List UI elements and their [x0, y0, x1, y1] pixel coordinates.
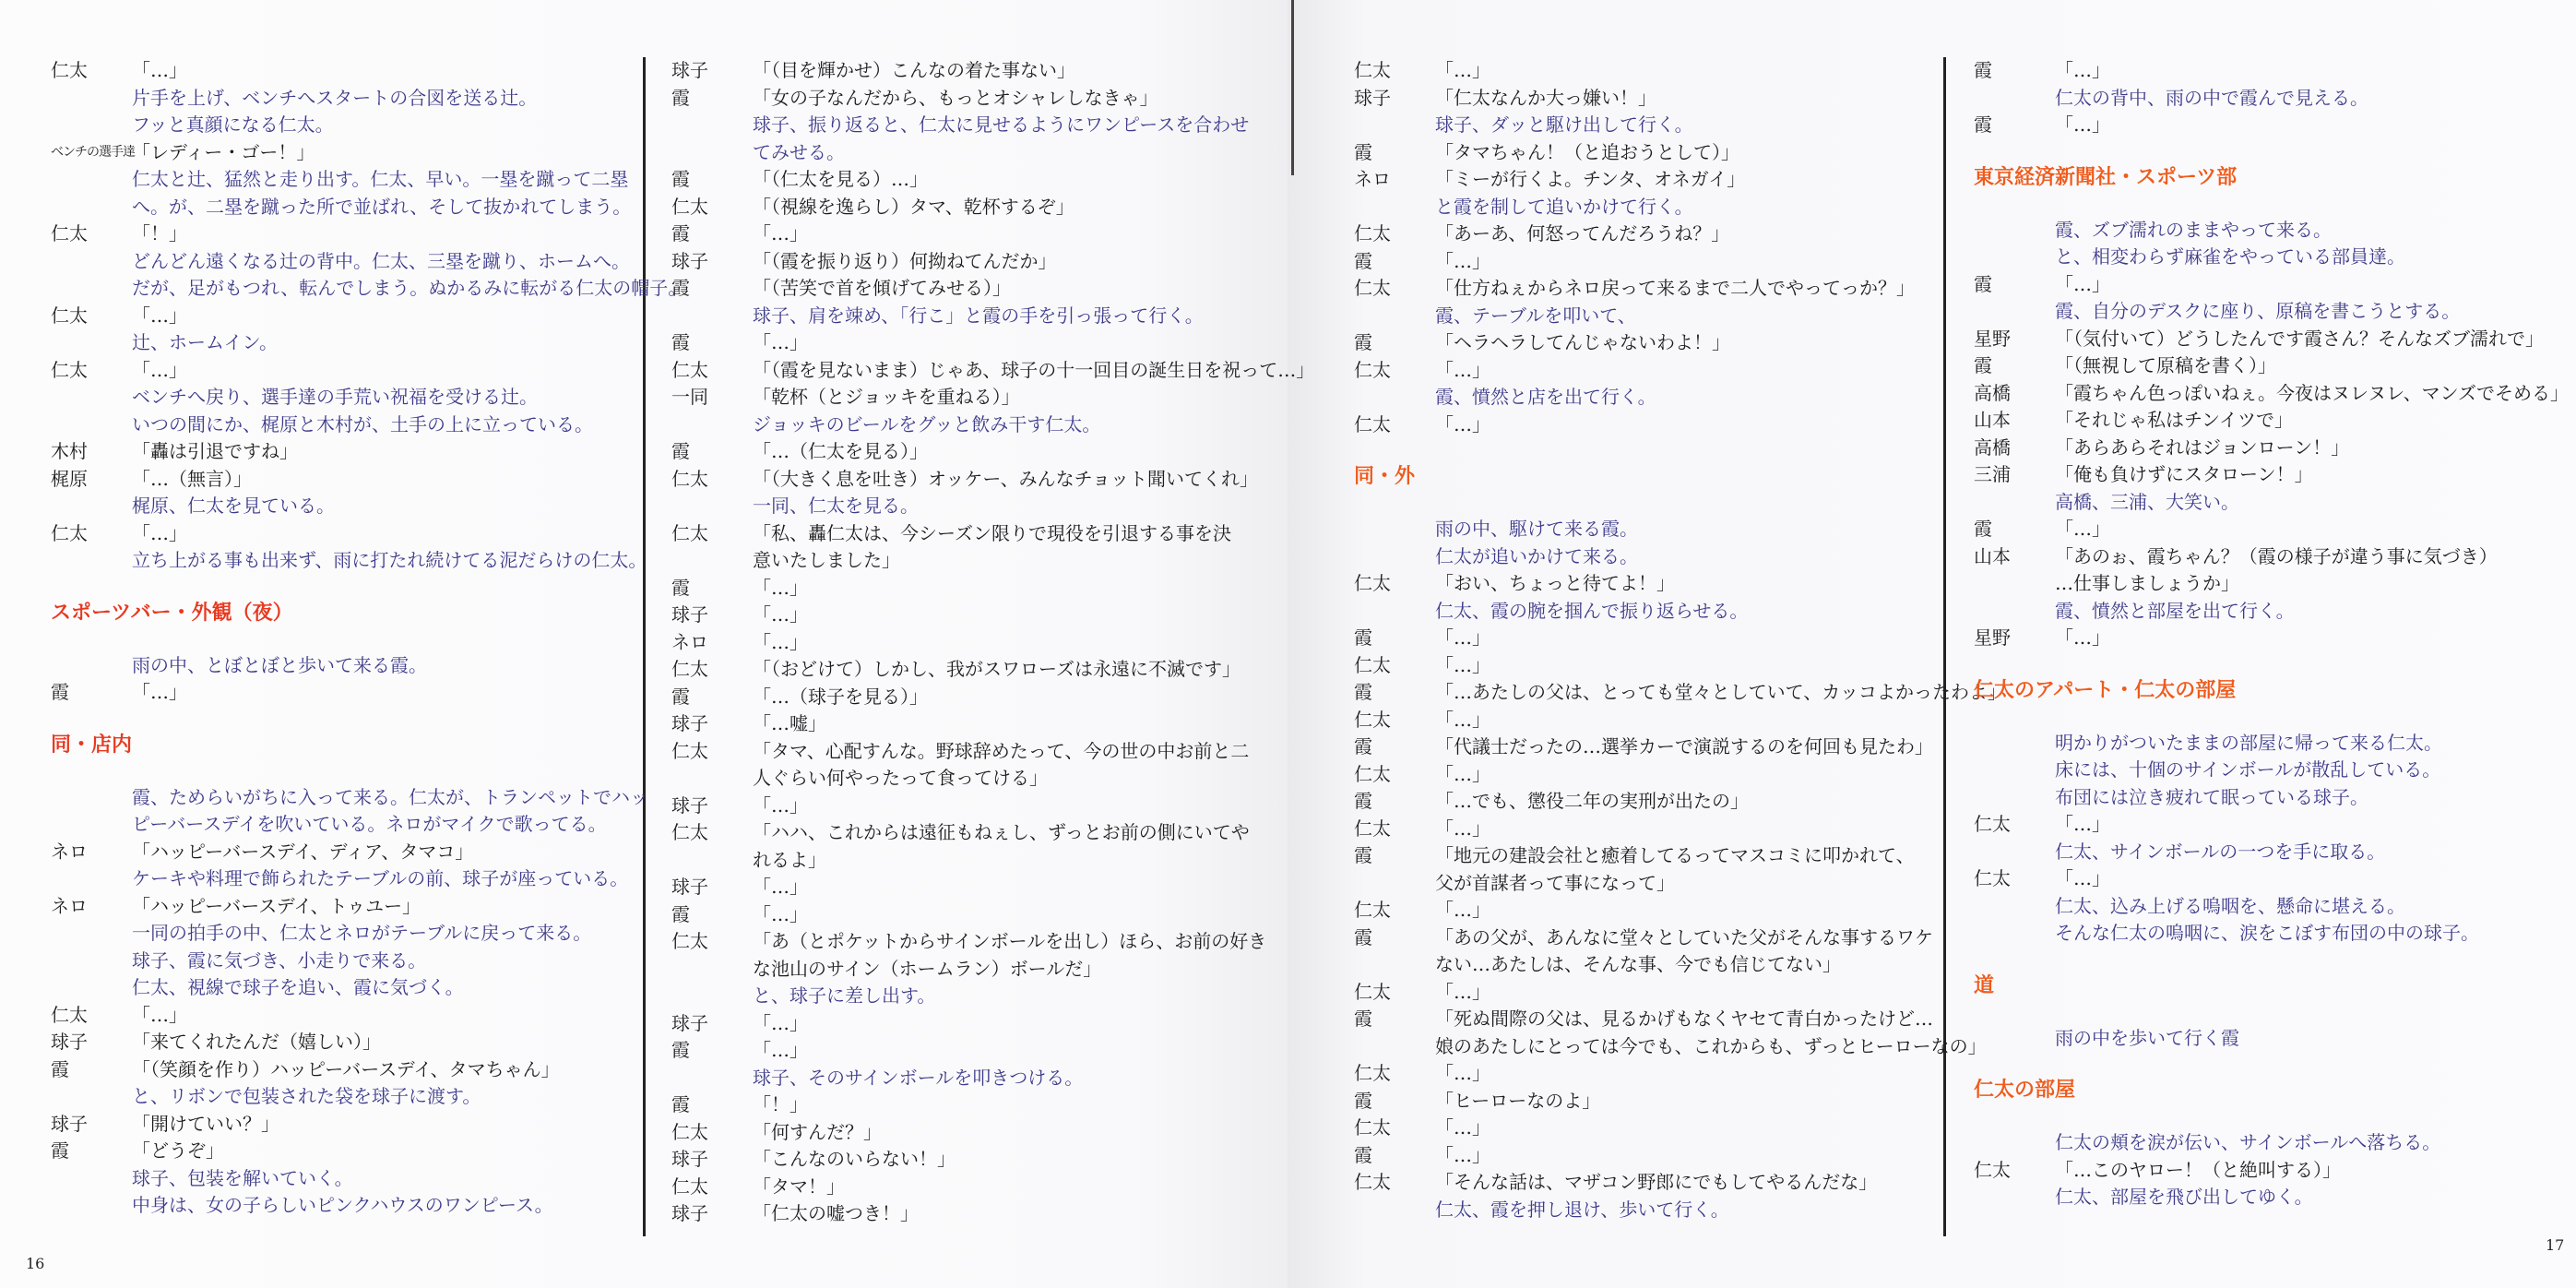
dialogue-line: ネロ「ハッピーバースデイ、ディア、タマコ」	[51, 839, 632, 866]
speaker-name: 霞	[1354, 139, 1435, 167]
speaker-name: 霞	[51, 1138, 132, 1165]
dialogue-line: 仁太「あ（とポケットからサインボールを出し）ほら、お前の好き	[671, 928, 1262, 956]
speaker-name: 仁太	[671, 656, 753, 684]
dialogue-text: 「！」	[753, 1091, 808, 1119]
speaker-name: 霞	[1354, 788, 1435, 816]
dialogue-line: 仁太「…」	[1354, 357, 1935, 385]
action-line: と、リボンで包装された袋を球子に渡す。	[51, 1083, 632, 1111]
dialogue-text: な池山のサイン（ホームラン）ボールだ」	[753, 956, 1101, 984]
dialogue-text: 「…」	[1435, 1060, 1490, 1088]
stage-direction: 仁太、サインボールの一つを手に取る。	[2055, 839, 2385, 866]
dialogue-text: 「…」	[1435, 1142, 1490, 1170]
dialogue-line: 仁太「…このヤロー！（と絶叫する）」	[1974, 1157, 2564, 1185]
action-line: ベンチへ戻り、選手達の手荒い祝福を受ける辻。	[51, 384, 632, 411]
dialogue-text: 意いたしました」	[753, 547, 900, 575]
dialogue-text: 「俺も負けずにスタローン！」	[2055, 461, 2313, 489]
dialogue-line: 仁太「…」	[1354, 652, 1935, 680]
speaker-name: 霞	[671, 684, 753, 711]
dialogue-text: 「…」	[1435, 1115, 1490, 1142]
dialogue-line: 仁太「ハハ、これからは遠征もねぇし、ずっとお前の側にいてや	[671, 819, 1262, 847]
speaker-name: 霞	[1354, 329, 1435, 357]
speaker-name: 仁太	[1354, 652, 1435, 680]
dialogue-text: 「…嘘」	[753, 710, 826, 738]
dialogue-line: 霞「女の子なんだから、もっとオシャレしなきゃ」	[671, 85, 1262, 113]
speaker-name: 木村	[51, 438, 132, 466]
dialogue-line: 娘のあたしにとっては今でも、これからも、ずっとヒーローなの」	[1354, 1033, 1935, 1061]
speaker-name: 霞	[671, 85, 753, 113]
speaker-name: ネロ	[51, 839, 132, 866]
action-line: 仁太、視線で球子を追い、霞に気づく。	[51, 974, 632, 1002]
dialogue-line: ネロ「ハッピーバースデイ、トゥユー」	[51, 893, 632, 921]
dialogue-line: 仁太「…」	[1354, 1060, 1935, 1088]
dialogue-line: 霞「死ぬ間際の父は、見るかげもなくヤセて青白かったけど…	[1354, 1006, 1935, 1033]
dialogue-text: 「ハハ、これからは遠征もねぇし、ずっとお前の側にいてや	[753, 819, 1250, 847]
stage-direction: 球子、肩を竦め、「行こ」と霞の手を引っ張って行く。	[753, 303, 1204, 330]
stage-direction: 霞、憤然と店を出て行く。	[1435, 384, 1656, 411]
stage-direction: 霞、テーブルを叩いて、	[1435, 303, 1636, 330]
speaker-name: 霞	[671, 275, 753, 303]
dialogue-text: 「…（球子を見る）」	[753, 684, 928, 711]
stage-direction: と、相変わらず麻雀をやっている部員達。	[2055, 244, 2405, 271]
dialogue-line: 霞「地元の建設会社と癒着してるってマスコミに叩かれて、	[1354, 842, 1935, 870]
speaker-name: 霞	[1354, 1088, 1435, 1115]
action-line: てみせる。	[671, 139, 1262, 167]
speaker-name: 高橋	[1974, 435, 2055, 462]
dialogue-text: ない…あたしは、そんな事、今でも信じてない」	[1435, 951, 1841, 979]
speaker-name: 仁太	[671, 357, 753, 385]
speaker-name: 球子	[51, 1029, 132, 1056]
action-line: 球子、包装を解いていく。	[51, 1165, 632, 1193]
action-line: と霞を制して追いかけて行く。	[1354, 194, 1935, 221]
dialogue-text: 「開けていい？」	[132, 1111, 279, 1139]
dialogue-line: 霞「…」	[671, 901, 1262, 929]
stage-direction: 仁太と辻、猛然と走り出す。仁太、早い。一塁を蹴って二塁	[132, 166, 628, 194]
dialogue-line: 人ぐらい何やったって食ってける」	[671, 765, 1262, 793]
dialogue-line: 霞「…」	[671, 1037, 1262, 1065]
dialogue-line: 仁太「…」	[1354, 57, 1935, 85]
dialogue-text: 「…」	[1435, 897, 1490, 924]
dialogue-line: 霞「…」	[1354, 625, 1935, 652]
stage-direction: 霞、ズブ濡れのままやって来る。	[2055, 217, 2332, 244]
dialogue-text: れるよ」	[753, 847, 826, 875]
speaker-name: 星野	[1974, 625, 2055, 652]
dialogue-line: 霞「タマちゃん！（と追おうとして）」	[1354, 139, 1935, 167]
stage-direction: 高橋、三浦、大笑い。	[2055, 489, 2239, 517]
dialogue-line: 球子「…」	[671, 1010, 1262, 1038]
dialogue-text: 「…」	[1435, 357, 1490, 385]
scene-heading: 道	[1974, 972, 2564, 1000]
dialogue-text: 「…（無言）」	[132, 466, 252, 494]
dialogue-line: 仁太「…」	[51, 57, 632, 85]
speaker-name: 仁太	[1354, 221, 1435, 248]
dialogue-line: 仁太「…」	[51, 303, 632, 330]
dialogue-text: 「どうぞ」	[132, 1138, 224, 1165]
action-line: 仁太と辻、猛然と走り出す。仁太、早い。一塁を蹴って二塁	[51, 166, 632, 194]
action-line: 雨の中、駆けて来る霞。	[1354, 516, 1935, 543]
speaker-name: 霞	[51, 679, 132, 707]
speaker-name: 仁太	[1354, 1169, 1435, 1197]
speaker-name: 霞	[1974, 516, 2055, 543]
stage-direction: ジョッキのビールをグッと飲み干す仁太。	[753, 411, 1100, 439]
dialogue-text: 「こんなのいらない！」	[753, 1146, 956, 1174]
dialogue-line: 仁太「…」	[1354, 707, 1935, 734]
dialogue-line: な池山のサイン（ホームラン）ボールだ」	[671, 956, 1262, 984]
script-column-1: 仁太「…」片手を上げ、ベンチへスタートの合図を送る辻。フッと真顔になる仁太。ベン…	[51, 57, 632, 1220]
speaker-name: 球子	[1354, 85, 1435, 113]
stage-direction: てみせる。	[753, 139, 845, 167]
action-line: と、相変わらず麻雀をやっている部員達。	[1974, 244, 2564, 271]
column-divider	[643, 57, 646, 1236]
dialogue-line: 三浦「俺も負けずにスタローン！」	[1974, 461, 2564, 489]
speaker-name: ベンチの選手達	[51, 139, 132, 167]
dialogue-line: 高橋「霞ちゃん色っぽいねぇ。今夜はヌレヌレ、マンズでそめる」	[1974, 380, 2564, 408]
dialogue-text: 「ミーが行くよ。チンタ、オネガイ」	[1435, 166, 1745, 194]
dialogue-text: 「来てくれたんだ（嬉しい）」	[132, 1029, 381, 1056]
dialogue-text: 「タマ、心配すんな。野球辞めたって、今の世の中お前と二	[753, 738, 1249, 766]
dialogue-line: 霞「ヘラヘラしてんじゃないわよ！」	[1354, 329, 1935, 357]
stage-direction: 仁太、部屋を飛び出してゆく。	[2055, 1184, 2313, 1211]
speaker-name: 球子	[671, 1200, 753, 1228]
page-number-left: 16	[26, 1255, 44, 1272]
action-line: 布団には泣き疲れて眠っている球子。	[1974, 784, 2564, 812]
action-line: だが、足がもつれ、転んでしまう。ぬかるみに転がる仁太の帽子。	[51, 275, 632, 303]
dialogue-text: 「地元の建設会社と癒着してるってマスコミに叩かれて、	[1435, 842, 1915, 870]
dialogue-line: 仁太「そんな話は、マザコン野郎にでもしてやるんだな」	[1354, 1169, 1935, 1197]
stage-direction: 球子、振り返ると、仁太に見せるようにワンピースを合わせ	[753, 112, 1249, 139]
dialogue-line: 霞「…」	[1354, 248, 1935, 276]
action-line: 雨の中を歩いて行く霞	[1974, 1025, 2564, 1053]
dialogue-line: 仁太「（視線を逸らし）タマ、乾杯するぞ」	[671, 194, 1262, 221]
dialogue-text: 「あ（とポケットからサインボールを出し）ほら、お前の好き	[753, 928, 1266, 956]
dialogue-text: …仕事しましょうか」	[2055, 570, 2239, 598]
stage-direction: 仁太が追いかけて来る。	[1435, 543, 1638, 571]
action-line: 梶原、仁太を見ている。	[51, 493, 632, 520]
dialogue-text: 「（霞を振り返り）何拗ねてんだか」	[753, 248, 1057, 276]
action-line: そんな仁太の嗚咽に、涙をこぼす布団の中の球子。	[1974, 920, 2564, 948]
stage-direction: いつの間にか、梶原と木村が、土手の上に立っている。	[132, 411, 593, 439]
stage-direction: と、球子に差し出す。	[753, 983, 935, 1010]
speaker-name: 球子	[671, 602, 753, 629]
dialogue-text: 「私、轟仁太は、今シーズン限りで現役を引退する事を決	[753, 520, 1231, 548]
speaker-name: 星野	[1974, 326, 2055, 353]
speaker-name: 霞	[671, 901, 753, 929]
dialogue-line: 霞「（無視して原稿を書く）」	[1974, 352, 2564, 380]
speaker-name: 仁太	[671, 738, 753, 766]
dialogue-line: 霞「…」	[671, 329, 1262, 357]
stage-direction: 一同の拍手の中、仁太とネロがテーブルに戻って来る。	[132, 920, 591, 948]
dialogue-line: 球子「…」	[671, 602, 1262, 629]
stage-direction: 霞、自分のデスクに座り、原稿を書こうとする。	[2055, 298, 2460, 326]
dialogue-text: 「それじゃ私はチンイツで」	[2055, 407, 2293, 435]
speaker-name: 仁太	[51, 357, 132, 385]
speaker-name: 仁太	[1354, 761, 1435, 789]
stage-direction: 仁太の頬を涙が伝い、サインボールへ落ちる。	[2055, 1129, 2440, 1157]
dialogue-line: 仁太「…」	[1354, 411, 1935, 439]
speaker-name: 霞	[1354, 679, 1435, 707]
dialogue-text: 「…」	[1435, 57, 1490, 85]
dialogue-text: 「（笑顔を作り）ハッピーバースデイ、タマちゃん」	[132, 1056, 560, 1084]
speaker-name: 山本	[1974, 407, 2055, 435]
action-line: 片手を上げ、ベンチへスタートの合図を送る辻。	[51, 85, 632, 113]
speaker-name: 霞	[1354, 924, 1435, 952]
dialogue-text: 「霞ちゃん色っぽいねぇ。今夜はヌレヌレ、マンズでそめる」	[2055, 380, 2569, 408]
scene-heading: 仁太のアパート・仁太の部屋	[1974, 677, 2564, 705]
dialogue-line: 霞「…（球子を見る）」	[671, 684, 1262, 711]
dialogue-line: 仁太「…」	[1974, 865, 2564, 893]
speaker-name: 仁太	[1354, 275, 1435, 303]
scene-heading: 同・店内	[51, 732, 632, 759]
dialogue-text: 「（無視して原稿を書く）」	[2055, 352, 2276, 380]
dialogue-text: 「あのぉ、霞ちゃん？（霞の様子が違う事に気づき）	[2055, 543, 2498, 571]
action-line: 中身は、女の子らしいピンクハウスのワンピース。	[51, 1192, 632, 1220]
speaker-name: 球子	[671, 57, 753, 85]
dialogue-text: 「！」	[132, 221, 187, 248]
dialogue-text: 「…」	[132, 303, 187, 330]
page-number-right: 17	[2546, 1236, 2564, 1254]
speaker-name: 霞	[1974, 57, 2055, 85]
dialogue-text: 「タマちゃん！（と追おうとして）」	[1435, 139, 1739, 167]
dialogue-text: 「…」	[132, 57, 187, 85]
dialogue-line: 霞「！」	[671, 1091, 1262, 1119]
stage-direction: 霞、憤然と部屋を出て行く。	[2055, 598, 2295, 626]
dialogue-line: ベンチの選手達「レディー・ゴー！」	[51, 139, 632, 167]
dialogue-line: 仁太「…」	[1354, 761, 1935, 789]
dialogue-text: 「ヘラヘラしてんじゃないわよ！」	[1435, 329, 1730, 357]
dialogue-text: 「…」	[753, 329, 808, 357]
action-line: ケーキや料理で飾られたテーブルの前、球子が座っている。	[51, 865, 632, 893]
dialogue-text: 「仕方ねぇからネロ戻って来るまで二人でやってっか？」	[1435, 275, 1915, 303]
dialogue-line: 仁太「…」	[51, 1002, 632, 1030]
dialogue-text: 娘のあたしにとっては今でも、これからも、ずっとヒーローなの」	[1435, 1033, 1987, 1061]
stage-direction: 仁太、霞の腕を掴んで振り返らせる。	[1435, 598, 1748, 626]
dialogue-line: 球子「開けていい？」	[51, 1111, 632, 1139]
dialogue-line: 仁太「…」	[1974, 811, 2564, 839]
dialogue-text: 「…でも、懲役二年の実刑が出たの」	[1435, 788, 1749, 816]
dialogue-text: 「…」	[2055, 112, 2110, 139]
scene-heading: 同・外	[1354, 463, 1935, 491]
dialogue-line: 仁太「…」	[1354, 816, 1935, 843]
action-line: 床には、十個のサインボールが散乱している。	[1974, 757, 2564, 784]
stage-direction: へ。が、二塁を蹴った所で並ばれ、そして抜かれてしまう。	[132, 194, 631, 221]
action-line: 仁太が追いかけて来る。	[1354, 543, 1935, 571]
dialogue-text: 「…」	[1435, 652, 1490, 680]
dialogue-line: 霞「あの父が、あんなに堂々としていた父がそんな事するワケ	[1354, 924, 1935, 952]
dialogue-text: 「（苦笑で首を傾げてみせる）」	[753, 275, 1011, 303]
action-line: 仁太、部屋を飛び出してゆく。	[1974, 1184, 2564, 1211]
dialogue-line: れるよ」	[671, 847, 1262, 875]
dialogue-text: 「あの父が、あんなに堂々としていた父がそんな事するワケ	[1435, 924, 1933, 952]
dialogue-text: 「…」	[753, 629, 808, 657]
action-line: 霞、憤然と店を出て行く。	[1354, 384, 1935, 411]
speaker-name: 霞	[671, 438, 753, 466]
dialogue-line: 仁太「…」	[51, 520, 632, 548]
action-line: 仁太、霞の腕を掴んで振り返らせる。	[1354, 598, 1935, 626]
dialogue-text: 「…」	[2055, 625, 2110, 652]
dialogue-text: 「…」	[753, 793, 808, 820]
dialogue-text: 「…」	[753, 602, 808, 629]
stage-direction: ピーバースデイを吹いている。ネロがマイクで歌ってる。	[132, 811, 607, 839]
dialogue-line: …仕事しましょうか」	[1974, 570, 2564, 598]
stage-direction: 雨の中を歩いて行く霞	[2055, 1025, 2239, 1053]
action-line: 霞、自分のデスクに座り、原稿を書こうとする。	[1974, 298, 2564, 326]
speaker-name: 霞	[1354, 1006, 1435, 1033]
speaker-name: 球子	[671, 793, 753, 820]
speaker-name: 仁太	[1354, 1115, 1435, 1142]
script-column-4: 霞「…」仁太の背中、雨の中で霞んで見える。霞「…」東京経済新聞社・スポーツ部霞、…	[1974, 57, 2564, 1211]
stage-direction: 球子、包装を解いていく。	[132, 1165, 353, 1193]
dialogue-line: 山本「あのぉ、霞ちゃん？（霞の様子が違う事に気づき）	[1974, 543, 2564, 571]
dialogue-text: 「ヒーローなのよ」	[1435, 1088, 1600, 1115]
action-line: 一同の拍手の中、仁太とネロがテーブルに戻って来る。	[51, 920, 632, 948]
dialogue-text: 「（気付いて）どうしたんです霞さん？そんなズブ濡れで」	[2055, 326, 2544, 353]
action-line: 球子、ダッと駆け出して行く。	[1354, 112, 1935, 139]
page-fold	[1291, 0, 1294, 175]
action-line: 辻、ホームイン。	[51, 329, 632, 357]
speaker-name: 仁太	[671, 928, 753, 956]
dialogue-text: 「…」	[132, 520, 187, 548]
scene-heading: 仁太の部屋	[1974, 1077, 2564, 1104]
dialogue-line: 仁太「タマ、心配すんな。野球辞めたって、今の世の中お前と二	[671, 738, 1262, 766]
scene-heading: スポーツバー・外観（夜）	[51, 600, 632, 627]
dialogue-text: 「…」	[1435, 707, 1490, 734]
dialogue-text: 「…（仁太を見る）」	[753, 438, 928, 466]
dialogue-line: 梶原「…（無言）」	[51, 466, 632, 494]
speaker-name: 霞	[1974, 112, 2055, 139]
dialogue-text: 「…」	[753, 575, 808, 602]
dialogue-line: 仁太「（おどけて）しかし、我がスワローズは永遠に不滅です」	[671, 656, 1262, 684]
action-line: 仁太の背中、雨の中で霞んで見える。	[1974, 85, 2564, 113]
dialogue-text: 「…」	[1435, 411, 1490, 439]
action-line: 一同、仁太を見る。	[671, 493, 1262, 520]
dialogue-text: 「仁太の嘘つき！」	[753, 1200, 919, 1228]
stage-direction: どんどん遠くなる辻の背中。仁太、三塁を蹴り、ホームへ。	[132, 248, 630, 276]
action-line: 明かりがついたままの部屋に帰って来る仁太。	[1974, 730, 2564, 757]
speaker-name: ネロ	[51, 893, 132, 921]
speaker-name: 球子	[671, 710, 753, 738]
dialogue-line: 霞「…でも、懲役二年の実刑が出たの」	[1354, 788, 1935, 816]
action-line: 仁太の頬を涙が伝い、サインボールへ落ちる。	[1974, 1129, 2564, 1157]
dialogue-line: 霞「…」	[51, 679, 632, 707]
dialogue-text: 「…」	[753, 1037, 808, 1065]
dialogue-line: ネロ「…」	[671, 629, 1262, 657]
action-line: フッと真顔になる仁太。	[51, 112, 632, 139]
stage-direction: 梶原、仁太を見ている。	[132, 493, 335, 520]
action-line: ジョッキのビールをグッと飲み干す仁太。	[671, 411, 1262, 439]
dialogue-line: 山本「それじゃ私はチンイツで」	[1974, 407, 2564, 435]
speaker-name: 仁太	[1354, 57, 1435, 85]
dialogue-line: 霞「…あたしの父は、とっても堂々としていて、カッコよかったわよ」	[1354, 679, 1935, 707]
speaker-name: 梶原	[51, 466, 132, 494]
speaker-name: 一同	[671, 384, 753, 411]
stage-direction: 仁太、込み上げる嗚咽を、懸命に堪える。	[2055, 893, 2405, 921]
dialogue-line: 霞「…」	[671, 221, 1262, 248]
speaker-name: 高橋	[1974, 380, 2055, 408]
speaker-name: 仁太	[1354, 411, 1435, 439]
dialogue-text: 「…」	[753, 1010, 808, 1038]
dialogue-line: 球子「…」	[671, 793, 1262, 820]
stage-direction: と霞を制して追いかけて行く。	[1435, 194, 1693, 221]
speaker-name: 霞	[671, 166, 753, 194]
dialogue-line: 仁太「…」	[51, 357, 632, 385]
speaker-name: 仁太	[1354, 897, 1435, 924]
dialogue-line: 霞「…（仁太を見る）」	[671, 438, 1262, 466]
dialogue-line: 仁太「仕方ねぇからネロ戻って来るまで二人でやってっか？」	[1354, 275, 1935, 303]
dialogue-line: 仁太「何すんだ？」	[671, 1119, 1262, 1147]
dialogue-text: 「轟は引退ですね」	[132, 438, 298, 466]
stage-direction: 床には、十個のサインボールが散乱している。	[2055, 757, 2440, 784]
dialogue-line: 球子「仁太なんか大っ嫌い！」	[1354, 85, 1935, 113]
dialogue-line: 仁太「タマ！」	[671, 1174, 1262, 1201]
action-line: 霞、ズブ濡れのままやって来る。	[1974, 217, 2564, 244]
dialogue-text: 「おい、ちょっと待てよ！」	[1435, 570, 1675, 598]
action-line: いつの間にか、梶原と木村が、土手の上に立っている。	[51, 411, 632, 439]
stage-direction: 仁太、視線で球子を追い、霞に気づく。	[132, 974, 464, 1002]
speaker-name: 球子	[51, 1111, 132, 1139]
action-line: 球子、振り返ると、仁太に見せるようにワンピースを合わせ	[671, 112, 1262, 139]
stage-direction: 中身は、女の子らしいピンクハウスのワンピース。	[132, 1192, 553, 1220]
stage-direction: 一同、仁太を見る。	[753, 493, 919, 520]
dialogue-line: 霞「（苦笑で首を傾げてみせる）」	[671, 275, 1262, 303]
dialogue-line: 球子「（霞を振り返り）何拗ねてんだか」	[671, 248, 1262, 276]
dialogue-text: 「…」	[132, 679, 187, 707]
speaker-name: 霞	[1354, 733, 1435, 761]
dialogue-line: 球子「仁太の嘘つき！」	[671, 1200, 1262, 1228]
dialogue-text: 「…あたしの父は、とっても堂々としていて、カッコよかったわよ」	[1435, 679, 2006, 707]
speaker-name: 仁太	[51, 1002, 132, 1030]
dialogue-text: 「…」	[132, 1002, 187, 1030]
speaker-name: 仁太	[1354, 357, 1435, 385]
dialogue-text: 「ハッピーバースデイ、トゥユー」	[132, 893, 421, 921]
speaker-name: 霞	[1354, 842, 1435, 870]
dialogue-text: 「…」	[2055, 865, 2110, 893]
dialogue-text: 「…」	[1435, 625, 1490, 652]
dialogue-line: 星野「…」	[1974, 625, 2564, 652]
dialogue-text: 「乾杯（とジョッキを重ねる）」	[753, 384, 1020, 411]
dialogue-line: 球子「…嘘」	[671, 710, 1262, 738]
speaker-name: 仁太	[1354, 979, 1435, 1007]
action-line: 球子、肩を竦め、「行こ」と霞の手を引っ張って行く。	[671, 303, 1262, 330]
speaker-name: 三浦	[1974, 461, 2055, 489]
dialogue-line: 仁太「…」	[1354, 1115, 1935, 1142]
dialogue-text: 「…」	[1435, 816, 1490, 843]
speaker-name: 霞	[671, 1037, 753, 1065]
stage-direction: 霞、ためらいがちに入って来る。仁太が、トランペットでハッ	[132, 784, 648, 812]
dialogue-text: 「（視線を逸らし）タマ、乾杯するぞ」	[753, 194, 1074, 221]
dialogue-text: 「死ぬ間際の父は、見るかげもなくヤセて青白かったけど…	[1435, 1006, 1933, 1033]
stage-direction: 辻、ホームイン。	[132, 329, 278, 357]
dialogue-line: 高橋「あらあらそれはジョンローン！」	[1974, 435, 2564, 462]
action-line: 仁太、込み上げる嗚咽を、懸命に堪える。	[1974, 893, 2564, 921]
script-column-2: 球子「（目を輝かせ）こんなの着た事ない」霞「女の子なんだから、もっとオシャレしな…	[671, 57, 1262, 1228]
speaker-name: 仁太	[1974, 811, 2055, 839]
speaker-name: 霞	[51, 1056, 132, 1084]
dialogue-text: 「…このヤロー！（と絶叫する）」	[2055, 1157, 2341, 1185]
dialogue-line: 霞「（笑顔を作り）ハッピーバースデイ、タマちゃん」	[51, 1056, 632, 1084]
dialogue-text: 「（おどけて）しかし、我がスワローズは永遠に不滅です」	[753, 656, 1241, 684]
dialogue-line: 球子「…」	[671, 874, 1262, 901]
stage-direction: ベンチへ戻り、選手達の手荒い祝福を受ける辻。	[132, 384, 538, 411]
speaker-name: 霞	[1974, 352, 2055, 380]
dialogue-text: 「…」	[132, 357, 187, 385]
stage-direction: 雨の中、とぼとぼと歩いて来る霞。	[132, 652, 427, 680]
dialogue-line: ない…あたしは、そんな事、今でも信じてない」	[1354, 951, 1935, 979]
dialogue-line: 霞「…」	[671, 575, 1262, 602]
speaker-name: 仁太	[671, 520, 753, 548]
action-line: 霞、テーブルを叩いて、	[1354, 303, 1935, 330]
dialogue-text: 「…」	[1435, 761, 1490, 789]
speaker-name: 球子	[671, 1146, 753, 1174]
dialogue-text: 「…」	[2055, 811, 2110, 839]
